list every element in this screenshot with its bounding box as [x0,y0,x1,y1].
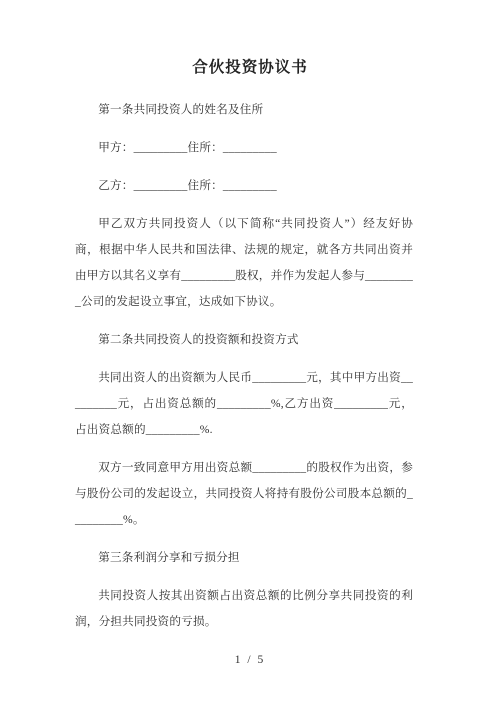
preamble-paragraph: 甲乙双方共同投资人（以下简称“共同投资人”）经友好协商，根据中华人民共和国法律、… [75,211,413,315]
article-2-heading: 第二条共同投资人的投资额和投资方式 [75,327,413,353]
party-a-fill-line: 甲方：_________住所：_________ [75,135,413,161]
page-number-indicator: 1 / 5 [0,647,500,673]
party-b-fill-line: 乙方：_________住所：_________ [75,173,413,199]
document-page: 合伙投资协议书 第一条共同投资人的姓名及住所 甲方：_________住所：__… [0,0,500,707]
equity-contribution-paragraph: 双方一致同意甲方用出资总额_________的股权作为出资，参与股份公司的发起设… [75,455,413,533]
contribution-amount-paragraph: 共同出资人的出资额为人民币_________元，其中甲方出资_________元… [75,365,413,443]
profit-loss-sharing-paragraph: 共同投资人按其出资额占出资总额的比例分享共同投资的利润，分担共同投资的亏损。 [75,583,413,635]
article-3-heading: 第三条利润分享和亏损分担 [75,545,413,571]
article-1-heading: 第一条共同投资人的姓名及住所 [75,97,413,123]
document-title: 合伙投资协议书 [0,55,500,81]
